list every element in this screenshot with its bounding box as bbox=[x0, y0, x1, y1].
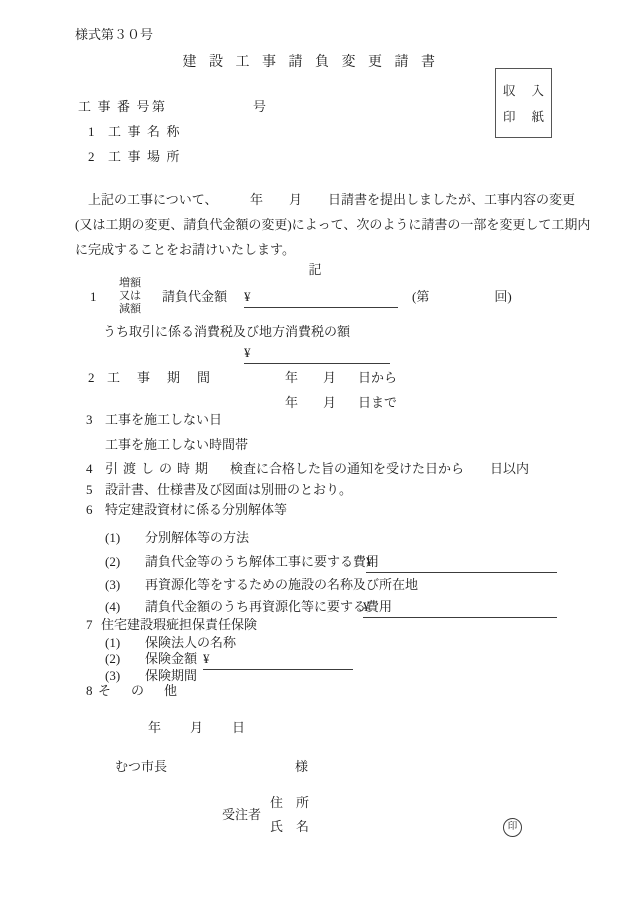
seal-char: 印 bbox=[508, 823, 518, 833]
section3-number: 3 bbox=[86, 413, 93, 428]
amount-increase-label: 増額 bbox=[119, 277, 141, 289]
form-number: 様式第３０号 bbox=[75, 28, 153, 43]
date-year-label: 年 bbox=[148, 721, 161, 736]
defect-insurance-label: 住宅建設瑕疵担保責任保険 bbox=[101, 618, 257, 633]
recycling-cost-field: ¥ bbox=[363, 600, 557, 618]
amount-decrease-label: 減額 bbox=[119, 303, 141, 315]
tax-caption: うち取引に係る消費税及び地方消費税の額 bbox=[103, 325, 350, 340]
item-number-2: 2 bbox=[88, 150, 95, 165]
contract-amount-label: 請負代金額 bbox=[162, 290, 227, 305]
contractor-label: 受注者 bbox=[222, 808, 261, 823]
demolition-method-label: 分別解体等の方法 bbox=[145, 531, 249, 546]
sub-number: (3) bbox=[105, 578, 120, 593]
date-day-label: 日 bbox=[232, 721, 245, 736]
work-number-suffix: 号 bbox=[253, 100, 266, 115]
address-label: 住 所 bbox=[270, 796, 309, 811]
tax-amount-field: ¥ bbox=[244, 346, 390, 364]
mayor-addressee: むつ市長 bbox=[115, 760, 167, 775]
sorted-demolition-label: 特定建設資材に係る分別解体等 bbox=[105, 503, 287, 518]
item-number-1: 1 bbox=[88, 125, 95, 140]
section8-number: 8 bbox=[86, 684, 93, 699]
revenue-stamp-box: 収 入 印 紙 bbox=[495, 68, 552, 138]
stamp-row: 印 紙 bbox=[503, 107, 544, 125]
recycling-cost-label: 請負代金額のうち再資源化等に要する費用 bbox=[145, 600, 392, 615]
section6-number: 6 bbox=[86, 503, 93, 518]
others-label: その他 bbox=[98, 684, 197, 699]
preamble-line-3: に完成することをお請けいたします。 bbox=[75, 243, 295, 258]
section4-number: 4 bbox=[86, 462, 93, 477]
stamp-char-shi: 紙 bbox=[531, 107, 544, 125]
preamble-line-1: 上記の工事について、 年 月 日請書を提出しましたが、工事内容の変更 bbox=[75, 193, 575, 208]
period-from-day: 日から bbox=[358, 371, 397, 386]
demolition-cost-label: 請負代金等のうち解体工事に要する費用 bbox=[145, 555, 379, 570]
handover-label: 引渡しの時期 bbox=[105, 462, 213, 477]
recycling-facility-label: 再資源化等をするための施設の名称及び所在地 bbox=[145, 578, 418, 593]
sub-number: (1) bbox=[105, 531, 120, 546]
section5-number: 5 bbox=[86, 483, 93, 498]
stamp-char-nyu: 入 bbox=[531, 81, 544, 99]
documents-note: 設計書、仕様書及び図面は別冊のとおり。 bbox=[105, 483, 352, 498]
work-number-prefix: 第 bbox=[152, 100, 165, 115]
period-from-year: 年 bbox=[285, 371, 298, 386]
insurance-corp-label: 保険法人の名称 bbox=[145, 636, 236, 651]
period-to-day: 日まで bbox=[358, 396, 397, 411]
section7-number: 7 bbox=[86, 618, 93, 633]
section1-number: 1 bbox=[90, 290, 97, 305]
ki-heading: 記 bbox=[0, 263, 630, 278]
demolition-cost-field: ¥ bbox=[366, 555, 557, 573]
name-label: 氏 名 bbox=[270, 820, 309, 835]
document-page: 様式第３０号 建設工事請負変更請書 収 入 印 紙 工事番号 第 号 1 工事名… bbox=[0, 0, 630, 903]
stamp-char-shu: 収 bbox=[503, 81, 516, 99]
handover-days-suffix: 日以内 bbox=[490, 462, 529, 477]
no-work-days-label: 工事を施工しない日 bbox=[105, 413, 222, 428]
stamp-char-in: 印 bbox=[503, 107, 516, 125]
period-to-month: 月 bbox=[323, 396, 336, 411]
period-from-month: 月 bbox=[323, 371, 336, 386]
seal-mark-icon: 印 bbox=[503, 818, 522, 837]
sub-number: (4) bbox=[105, 600, 120, 615]
amount-or-label: 又は bbox=[119, 290, 141, 302]
handover-text: 検査に合格した旨の通知を受けた日から bbox=[230, 462, 464, 477]
sub-number: (3) bbox=[105, 669, 120, 684]
date-month-label: 月 bbox=[190, 721, 203, 736]
sub-number: (2) bbox=[105, 652, 120, 667]
preamble-line-2: (又は工期の変更、請負代金額の変更)によって、次のように請書の一部を変更して工期… bbox=[75, 218, 590, 233]
no-work-hours-label: 工事を施工しない時間帯 bbox=[105, 438, 248, 453]
contract-amount-field: ¥ bbox=[244, 290, 398, 308]
work-place-label: 工事場所 bbox=[108, 150, 186, 165]
insurance-period-label: 保険期間 bbox=[145, 669, 197, 684]
work-name-label: 工事名称 bbox=[108, 125, 186, 140]
sub-number: (2) bbox=[105, 555, 120, 570]
work-period-label: 工事期間 bbox=[107, 371, 227, 386]
honorific-sama: 様 bbox=[295, 760, 308, 775]
period-to-year: 年 bbox=[285, 396, 298, 411]
work-number-label: 工事番号 bbox=[78, 100, 156, 115]
insurance-amount-field: ¥ bbox=[203, 652, 353, 670]
stamp-row: 収 入 bbox=[503, 81, 544, 99]
round-note: (第 回) bbox=[412, 290, 512, 305]
sub-number: (1) bbox=[105, 636, 120, 651]
section2-number: 2 bbox=[88, 371, 95, 386]
insurance-amount-label: 保険金額 bbox=[145, 652, 197, 667]
